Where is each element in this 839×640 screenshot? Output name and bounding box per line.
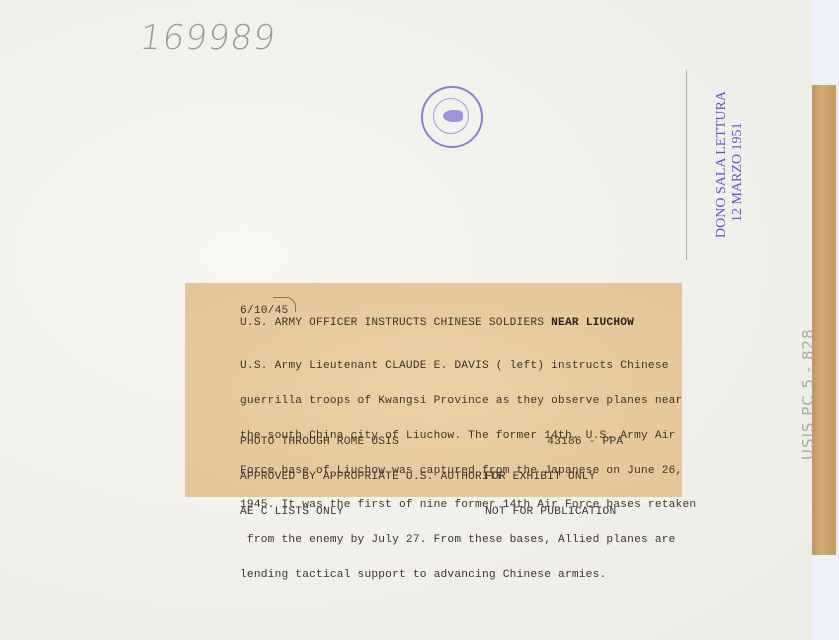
body-line: U.S. Army Lieutenant CLAUDE E. DAVIS ( l… [240, 361, 696, 373]
scan-background-bottom [812, 555, 839, 640]
caption-headline: U.S. ARMY OFFICER INSTRUCTS CHINESE SOLD… [240, 318, 634, 330]
stamp-line-1: DONO SALA LETTURA [714, 91, 730, 238]
paper-tape-strip [812, 85, 836, 555]
fish-emblem-icon [443, 110, 463, 122]
body-line: guerrilla troops of Kwangsi Province as … [240, 396, 696, 408]
headline-bold: NEAR LIUCHOW [551, 317, 634, 329]
handwritten-archive-number: 169989 [137, 18, 278, 58]
notice-line: FOR EXHIBIT ONLY [485, 472, 623, 484]
caption-credits: PHOTO THROUGH ROME USIS APPROVED BY APPR… [240, 414, 503, 542]
caption-date: 6/10/45 [240, 306, 288, 318]
credit-line: APPROVED BY APPROPRIATE U.S. AUTHORITY [240, 472, 503, 484]
ink-seal [421, 86, 483, 148]
caption-usage-notice: 43186 - PPA FOR EXHIBIT ONLY NOT FOR PUB… [485, 414, 623, 542]
library-stamp: DONO SALA LETTURA 12 MARZO 1951 [714, 91, 746, 238]
pencil-reference: USIS PC 5 - 828 [799, 328, 817, 460]
scan-background-top [812, 0, 839, 85]
notice-line: 43186 - PPA [485, 437, 623, 449]
stamp-line-2: 12 MARZO 1951 [730, 91, 746, 238]
press-caption-clipping: 6/10/45 U.S. ARMY OFFICER INSTRUCTS CHIN… [185, 283, 682, 497]
headline-plain: U.S. ARMY OFFICER INSTRUCTS CHINESE SOLD… [240, 317, 551, 329]
credit-line: AE C LISTS ONLY [240, 507, 503, 519]
body-line: lending tactical support to advancing Ch… [240, 570, 696, 582]
notice-line: NOT FOR PUBLICATION [485, 507, 623, 519]
credit-line: PHOTO THROUGH ROME USIS [240, 437, 503, 449]
pencil-margin-line [686, 70, 687, 260]
